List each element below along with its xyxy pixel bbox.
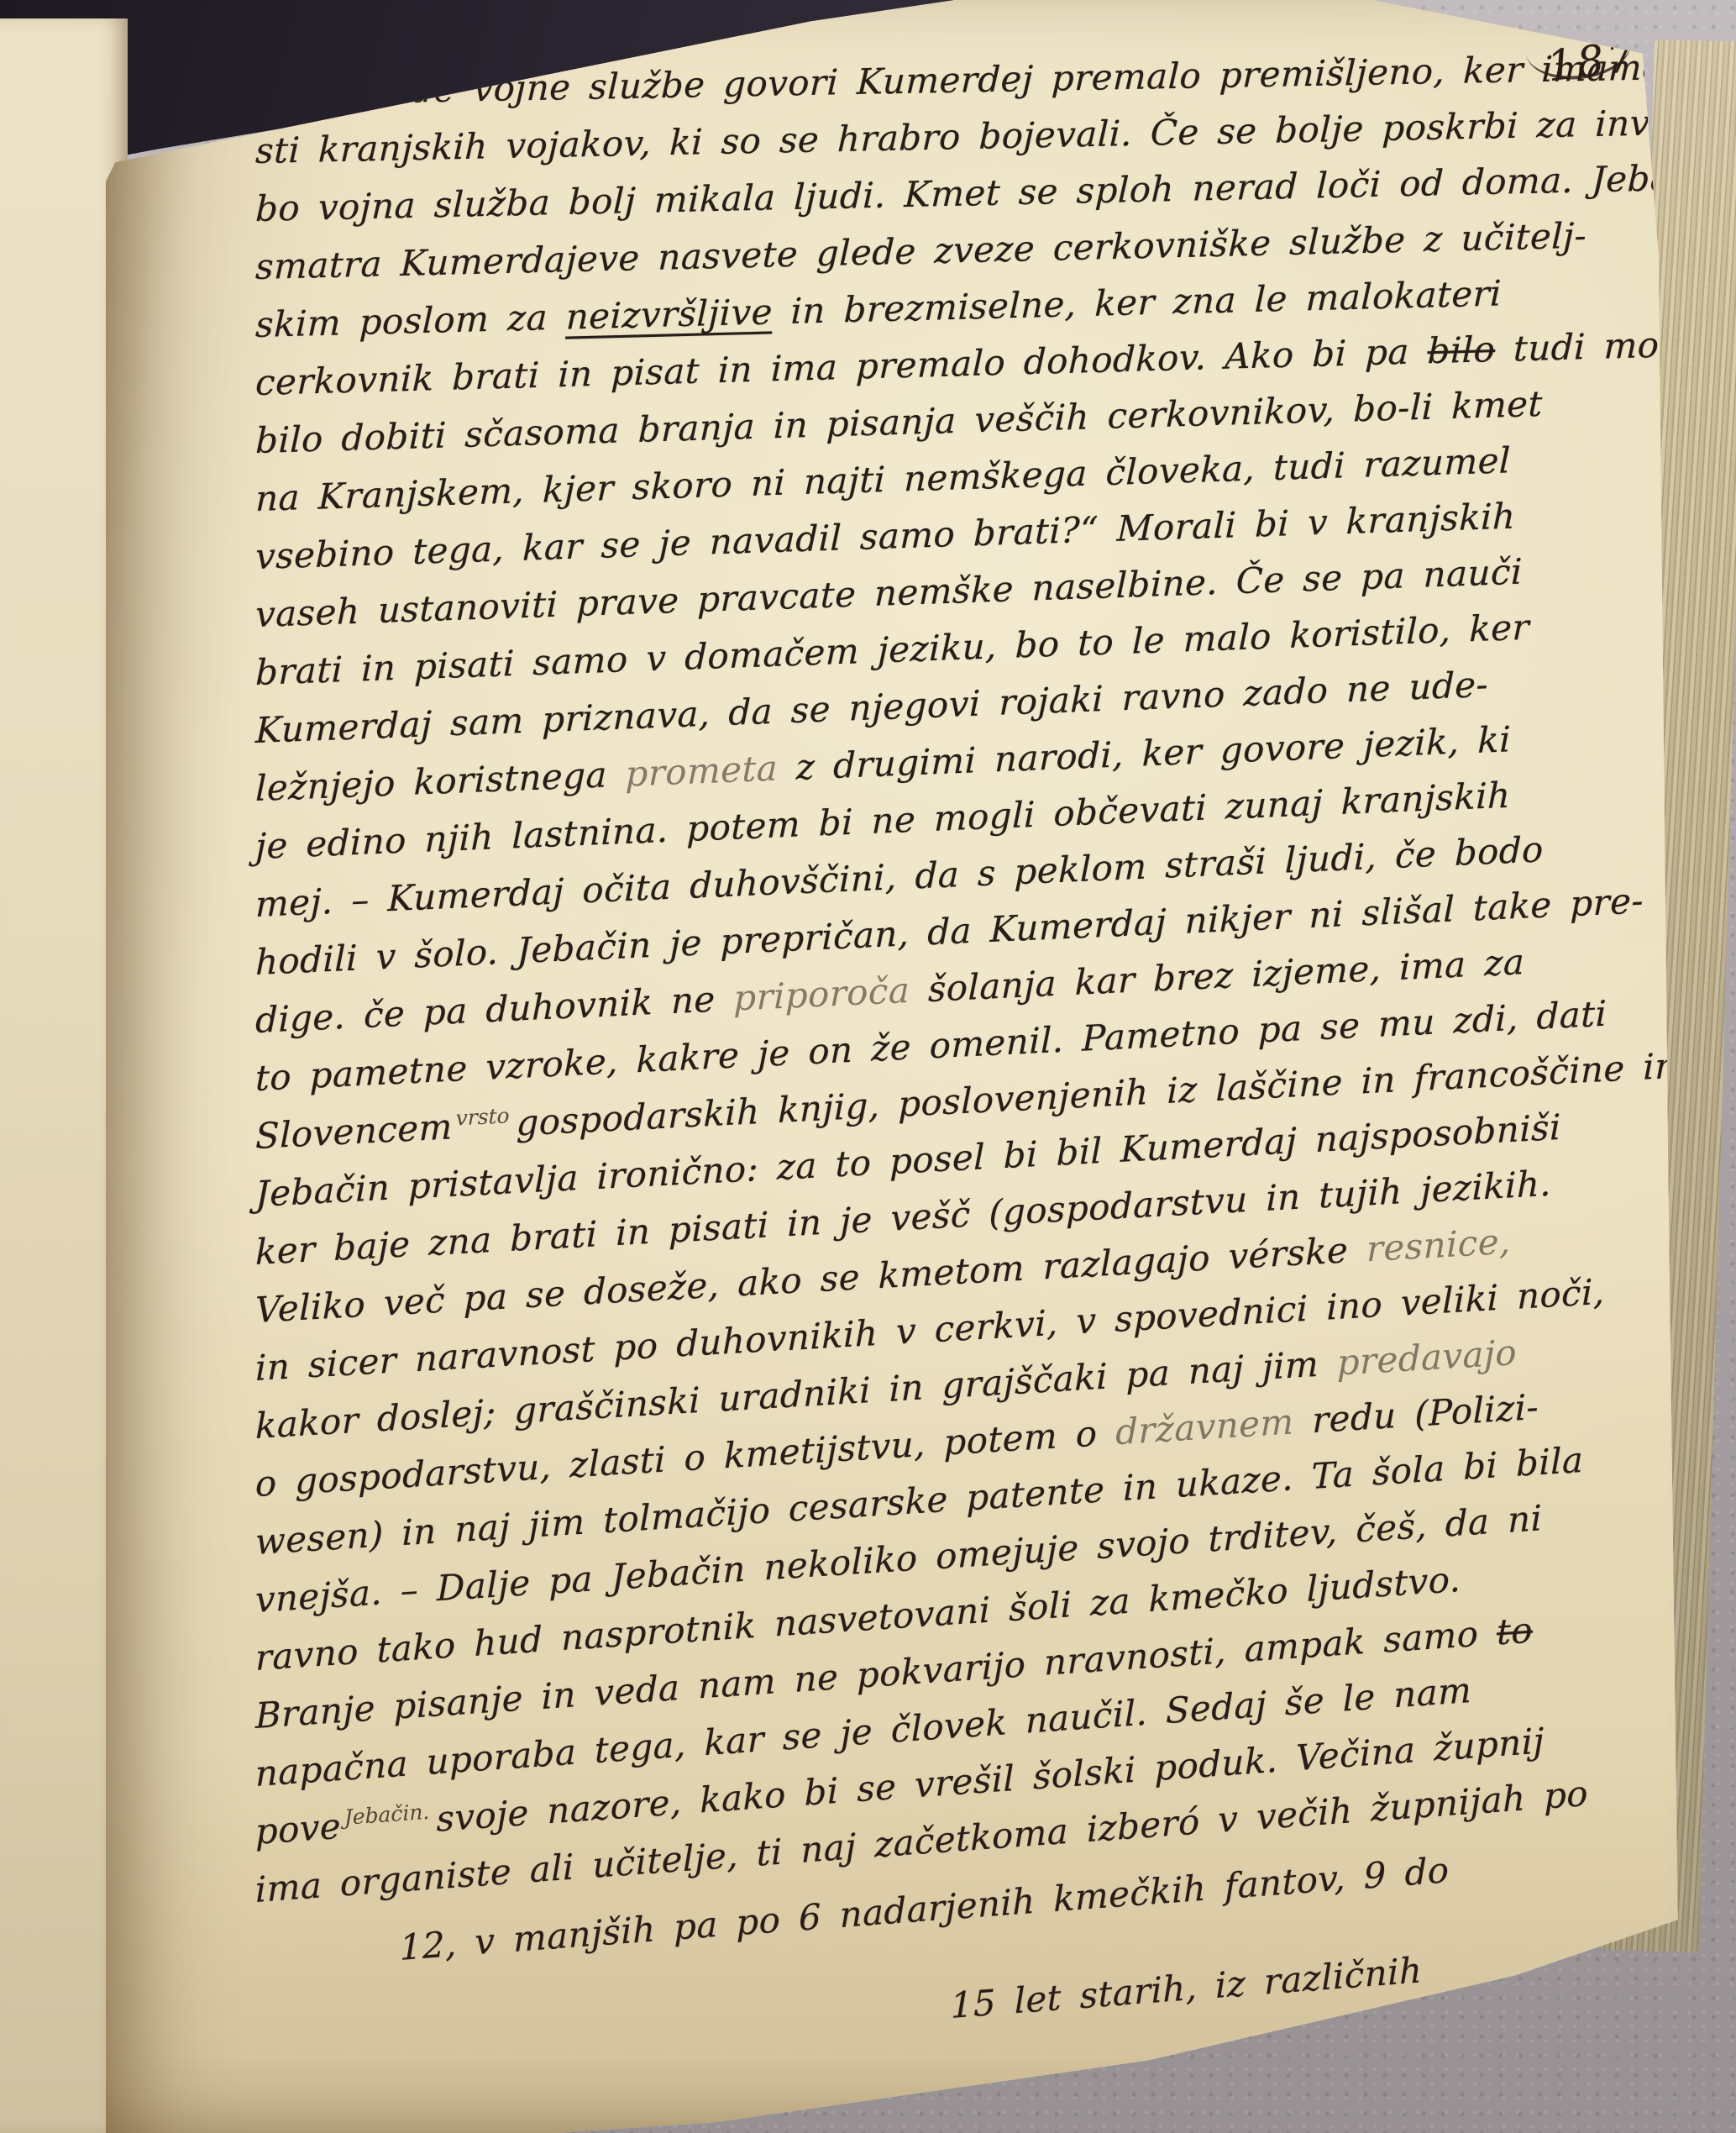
faint-word: prometa bbox=[625, 748, 778, 795]
handwritten-text-block: Tudi gledé vojne službe govori Kumerdej … bbox=[255, 64, 1736, 2035]
struck-word: to bbox=[1497, 1610, 1534, 1653]
faint-word: priporoča bbox=[733, 969, 910, 1019]
struck-word: bilo bbox=[1427, 328, 1496, 371]
text-segment: skim poslom za bbox=[255, 297, 567, 345]
faint-word: državnem bbox=[1115, 1400, 1294, 1453]
faint-word: predavajo bbox=[1337, 1332, 1517, 1384]
text-segment: redu (Polizi- bbox=[1293, 1386, 1539, 1442]
interlinear-insertion: Jebačin. bbox=[344, 1783, 430, 1847]
text-segment: ležnjejo koristnega bbox=[255, 754, 626, 809]
text-segment: Slovencem bbox=[255, 1106, 453, 1157]
underlined-word: neizvršljive bbox=[565, 291, 773, 337]
manuscript-page: 187 Tudi gledé vojne službe govori Kumer… bbox=[106, 0, 1708, 2133]
faint-word: resnice, bbox=[1366, 1221, 1511, 1270]
interlinear-insertion: vrsto bbox=[456, 1086, 510, 1147]
text-segment: pove bbox=[254, 1805, 341, 1852]
